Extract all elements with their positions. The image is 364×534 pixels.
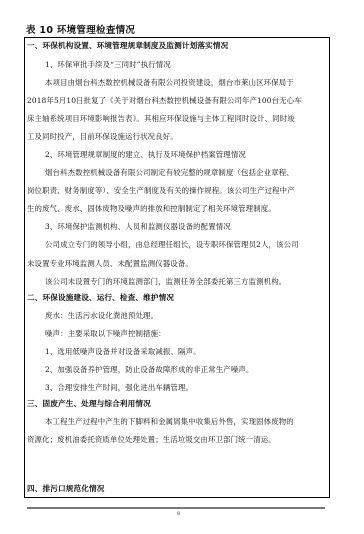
paragraph-line: 本工程生产过程中产生的下脚料和金属屑集中收集后外售，实现固体废物的 xyxy=(27,417,327,427)
paragraph-line: 资源化；废机油委托资质单位处理处置；生活垃圾交由环卫部门统一清运。 xyxy=(27,435,327,445)
section-heading: 二、环保设施建设、运行、检查、维护情况 xyxy=(27,293,327,303)
section-heading: 一、环保机构设置、环境管理规章制度及监测计划落实情况 xyxy=(27,41,327,51)
footer-divider xyxy=(27,507,325,509)
paragraph-line: 工及同时投产，目前环保设施运行状况良好。 xyxy=(27,132,327,142)
paragraph-line: 3、环境保护监测机构、人员和监测仪器设备的配置情况 xyxy=(27,222,327,232)
section-heading: 四、排污口规范化情况 xyxy=(27,484,327,494)
paragraph-line: 2、加强设备养护管理，防止设备故障形成的非正常生产噪声。 xyxy=(27,365,327,375)
environmental-management-table: 一、环保机构设置、环境管理规章制度及监测计划落实情况1、环保审批手续及“三同时”… xyxy=(24,37,330,498)
paragraph-line: 岗位职责、财务制度等）、安全生产制度及有关的操作规程。该公司生产过程中产 xyxy=(27,186,327,196)
paragraph-line: 2、环境管理规章制度的建立、执行及环境保护档案管理情况 xyxy=(27,150,327,160)
page-number: 8 xyxy=(177,511,180,517)
paragraph-line: 生的废气、废水、固体废物及噪声的排放和控制制定了相关环境管理制度。 xyxy=(27,204,327,214)
paragraph-line: 3、合理安排生产时间，强化进出车辆管理。 xyxy=(27,383,327,393)
paragraph-line: 烟台科杰数控机械设备有限公司制定有较完整的规章制度（包括企业章程、 xyxy=(27,168,327,178)
paragraph-line: 2018年5月10日批复了《关于对烟台科杰数控机械设备有限公司年产100台无心车 xyxy=(27,96,327,106)
paragraph-line: 噪声：主要采取以下噪声控制措施： xyxy=(27,329,327,339)
paragraph-line: 该公司未设置专门的环境监测部门，监测任务全部委托第三方监测机构。 xyxy=(27,277,327,287)
paragraph-line: 本项目由烟台科杰数控机械设备有限公司投资建设，烟台市莱山区环保局于 xyxy=(27,78,327,88)
paragraph-line: 未设置专业环境监测人员、未配置监测仪器设备。 xyxy=(27,259,327,269)
paragraph-line: 废水：生活污水设化粪池预处理。 xyxy=(27,311,327,321)
paragraph-line: 床主轴系统项目环境影响报告表》。其相应环保设施与主体工程同时设计、同时竣 xyxy=(27,114,327,124)
paragraph-line: 1、选用低噪声设备并对设备采取减振、隔声。 xyxy=(27,347,327,357)
paragraph-line: 公司成立专门的领导小组，由总经理任组长，设专职环保管理员2人，该公司 xyxy=(27,240,327,250)
paragraph-line: 1、环保审批手续及“三同时”执行情况 xyxy=(27,60,327,70)
table-title: 表 10 环境管理检查情况 xyxy=(26,22,135,36)
section-heading: 三、固废产生、处理与综合利用情况 xyxy=(27,399,327,409)
